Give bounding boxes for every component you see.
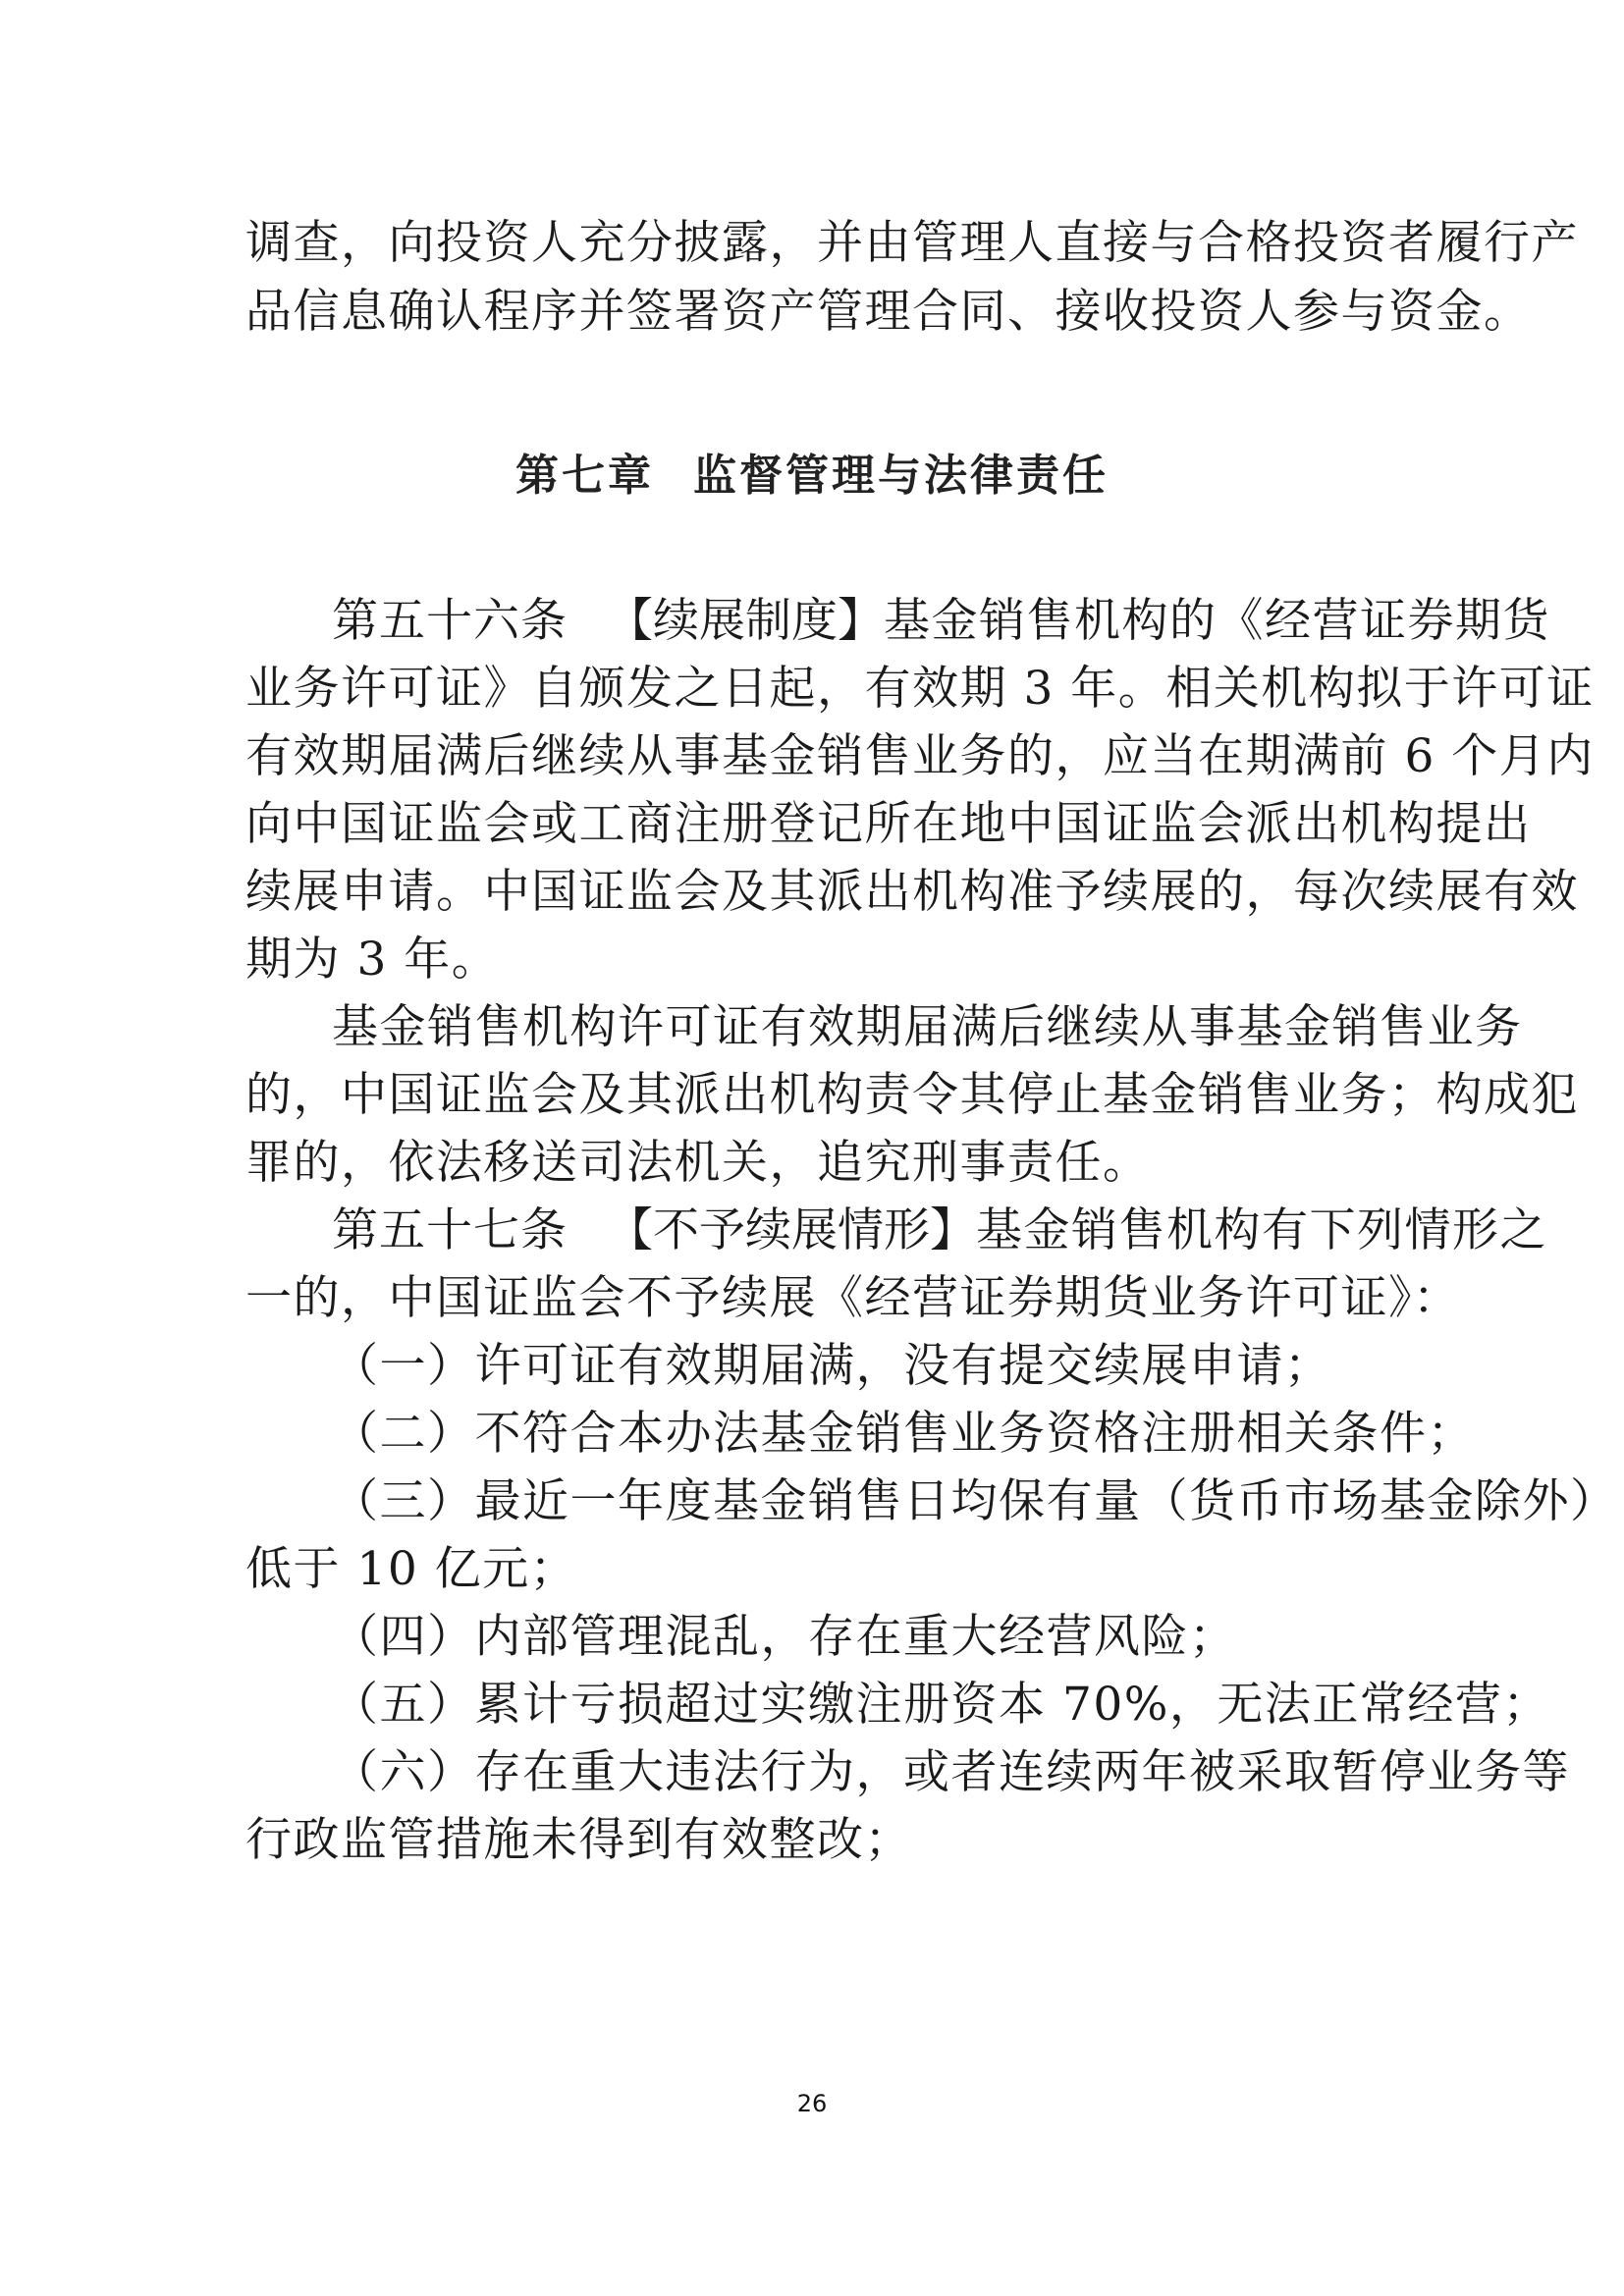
article-57-number: 第五十七条 (332, 1203, 568, 1257)
list-item-6-continuation: 行政监管措施未得到有效整改； (245, 1811, 1384, 1870)
list-item-text: 最近一年度基金销售日均保有量（货币市场基金除外） (475, 1474, 1618, 1528)
continuation-line-1: 调查，向投资人充分披露，并由管理人直接与合格投资者履行产 (245, 214, 1384, 273)
list-item-3-continuation: 低于 10 亿元； (245, 1540, 1384, 1599)
list-item-6: （六）存在重大违法行为，或者连续两年被采取暂停业务等 (332, 1743, 1384, 1802)
article-56-paragraph-2-line: 基金销售机构许可证有效期届满后继续从事基金销售业务 (332, 998, 1384, 1057)
article-56-line: 期为 3 年。 (245, 931, 1384, 989)
list-item-1: （一）许可证有效期届满，没有提交续展申请； (332, 1337, 1384, 1396)
article-56-line: 有效期届满后继续从事基金销售业务的，应当在期满前 6 个月内 (245, 727, 1384, 786)
list-item-label: （三） (332, 1474, 475, 1528)
list-item-label: （一） (332, 1339, 475, 1393)
article-56-line: 业务许可证》自颁发之日起，有效期 3 年。相关机构拟于许可证 (245, 660, 1384, 719)
article-57-text: 基金销售机构有下列情形之 (976, 1203, 1547, 1257)
list-item-4: （四）内部管理混乱，存在重大经营风险； (332, 1608, 1384, 1667)
article-56-number: 第五十六条 (332, 594, 568, 648)
article-57-first-line: 第五十七条【不予续展情形】基金销售机构有下列情形之 (332, 1201, 1384, 1260)
chapter-title: 监督管理与法律责任 (693, 451, 1109, 501)
document-page: 调查，向投资人充分披露，并由管理人直接与合格投资者履行产 品信息确认程序并签署资… (0, 0, 1624, 2296)
list-item-2: （二）不符合本办法基金销售业务资格注册相关条件； (332, 1405, 1384, 1464)
list-item-text: 许可证有效期届满，没有提交续展申请； (475, 1339, 1332, 1393)
list-item-text: 存在重大违法行为，或者连续两年被采取暂停业务等 (475, 1745, 1571, 1799)
list-item-label: （四） (332, 1610, 475, 1664)
article-57-heading: 【不予续展情形】 (607, 1203, 976, 1257)
article-56-paragraph-2-line: 的，中国证监会及其派出机构责令其停止基金销售业务；构成犯 (245, 1066, 1384, 1125)
chapter-number: 第七章 (515, 451, 654, 501)
list-item-5: （五）累计亏损超过实缴注册资本 70%，无法正常经营； (332, 1676, 1384, 1735)
page-number: 26 (0, 2089, 1624, 2118)
list-item-label: （六） (332, 1745, 475, 1799)
list-item-text: 不符合本办法基金销售业务资格注册相关条件； (475, 1407, 1476, 1461)
list-item-text: 累计亏损超过实缴注册资本 70%，无法正常经营； (475, 1678, 1550, 1732)
list-item-label: （二） (332, 1407, 475, 1461)
list-item-label: （五） (332, 1678, 475, 1732)
article-56-paragraph-2-line: 罪的，依法移送司法机关，追究刑事责任。 (245, 1134, 1384, 1193)
article-56-first-line: 第五十六条【续展制度】基金销售机构的《经营证券期货 (332, 592, 1384, 651)
article-56-text: 基金销售机构的《经营证券期货 (884, 594, 1550, 648)
article-56-line: 续展申请。中国证监会及其派出机构准予续展的，每次续展有效 (245, 863, 1384, 922)
list-item-3: （三）最近一年度基金销售日均保有量（货币市场基金除外） (332, 1472, 1384, 1531)
article-56-line: 向中国证监会或工商注册登记所在地中国证监会派出机构提出 (245, 795, 1384, 854)
chapter-heading: 第七章监督管理与法律责任 (0, 447, 1624, 506)
continuation-line-2: 品信息确认程序并签署资产管理合同、接收投资人参与资金。 (245, 283, 1384, 342)
article-57-line: 一的，中国证监会不予续展《经营证券期货业务许可证》： (245, 1269, 1384, 1328)
list-item-text: 内部管理混乱，存在重大经营风险； (475, 1610, 1237, 1664)
article-56-heading: 【续展制度】 (607, 594, 884, 648)
